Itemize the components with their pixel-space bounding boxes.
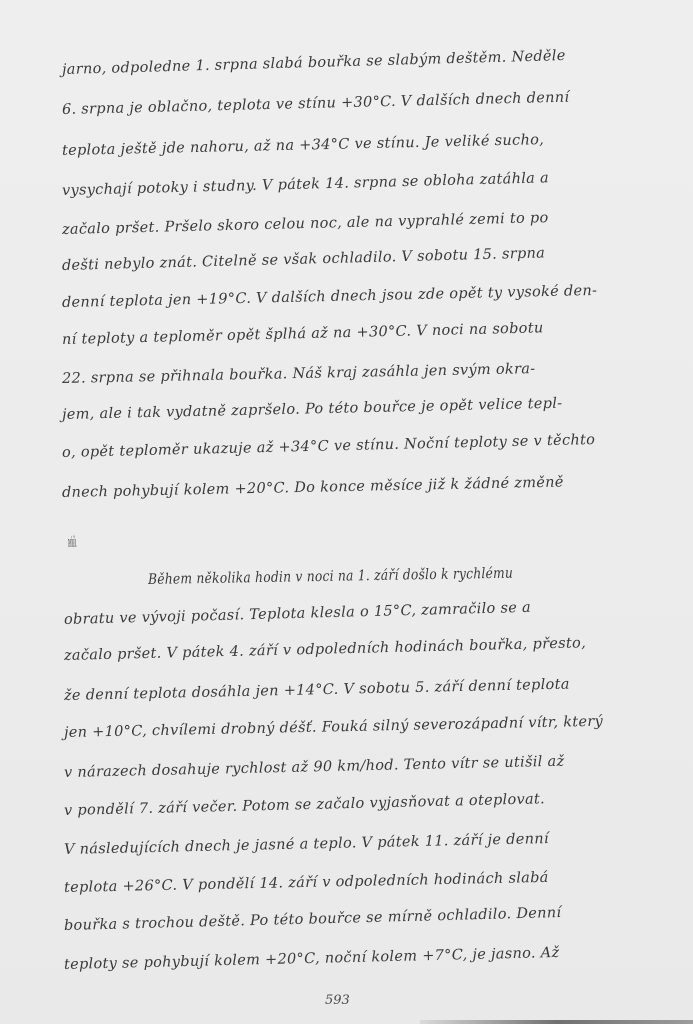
handwritten-line: teplota +26°C. V pondělí 14. září v odpo… [64, 868, 644, 896]
manuscript-page: jarno, odpoledne 1. srpna slabá bouřka s… [0, 0, 693, 1024]
handwritten-line: ní teploty a teploměr opět šplhá až na +… [62, 318, 642, 348]
handwritten-line: v nárazech dosahuje rychlost až 90 km/ho… [64, 752, 644, 781]
handwritten-line: jarno, odpoledne 1. srpna slabá bouřka s… [62, 46, 642, 78]
handwritten-line: bouřka s trochou deště. Po této bouřce s… [64, 903, 644, 934]
handwritten-line: teploty se pohybují kolem +20°C, noční k… [64, 943, 644, 973]
page-number: 593 [325, 993, 350, 1008]
handwritten-line: V následujících dnech je jasné a teplo. … [64, 829, 644, 858]
handwritten-line: vysychají potoky i studny. V pátek 14. s… [62, 168, 642, 199]
handwritten-line: Během několika hodin v noci na 1. září d… [148, 563, 638, 588]
handwritten-line: že denní teplota dosáhla jen +14°C. V so… [64, 675, 644, 704]
page-bottom-edge-shadow [420, 1020, 693, 1024]
handwritten-line: dnech pohybují kolem +20°C. Do konce měs… [62, 473, 642, 501]
handwritten-line: jen +10°C, chvílemi drobný déšť. Fouká s… [64, 713, 644, 741]
handwritten-line: začalo pršet. Pršelo skoro celou noc, al… [62, 208, 642, 238]
handwritten-line: nedošlo. [68, 535, 148, 551]
handwritten-line: o, opět teploměr ukazuje až +34°C ve stí… [62, 431, 642, 461]
handwritten-line: obratu ve vývoji počasí. Teplota klesla … [64, 597, 644, 628]
handwritten-line: dešti nebylo znát. Citelně se však ochla… [62, 243, 642, 274]
handwritten-line: 6. srpna je oblačno, teplota ve stínu +3… [62, 88, 642, 118]
handwritten-line: začalo pršet. V pátek 4. září v odpoledn… [64, 634, 644, 664]
handwritten-line: 22. srpna se přihnala bouřka. Náš kraj z… [62, 359, 642, 387]
handwritten-line: jem, ale i tak vydatně zapršelo. Po této… [62, 394, 642, 423]
handwritten-line: teplota ještě jde nahoru, až na +34°C ve… [62, 130, 642, 159]
handwritten-line: v pondělí 7. září večer. Potom se začalo… [64, 789, 644, 819]
handwritten-line: denní teplota jen +19°C. V dalších dnech… [62, 282, 642, 311]
